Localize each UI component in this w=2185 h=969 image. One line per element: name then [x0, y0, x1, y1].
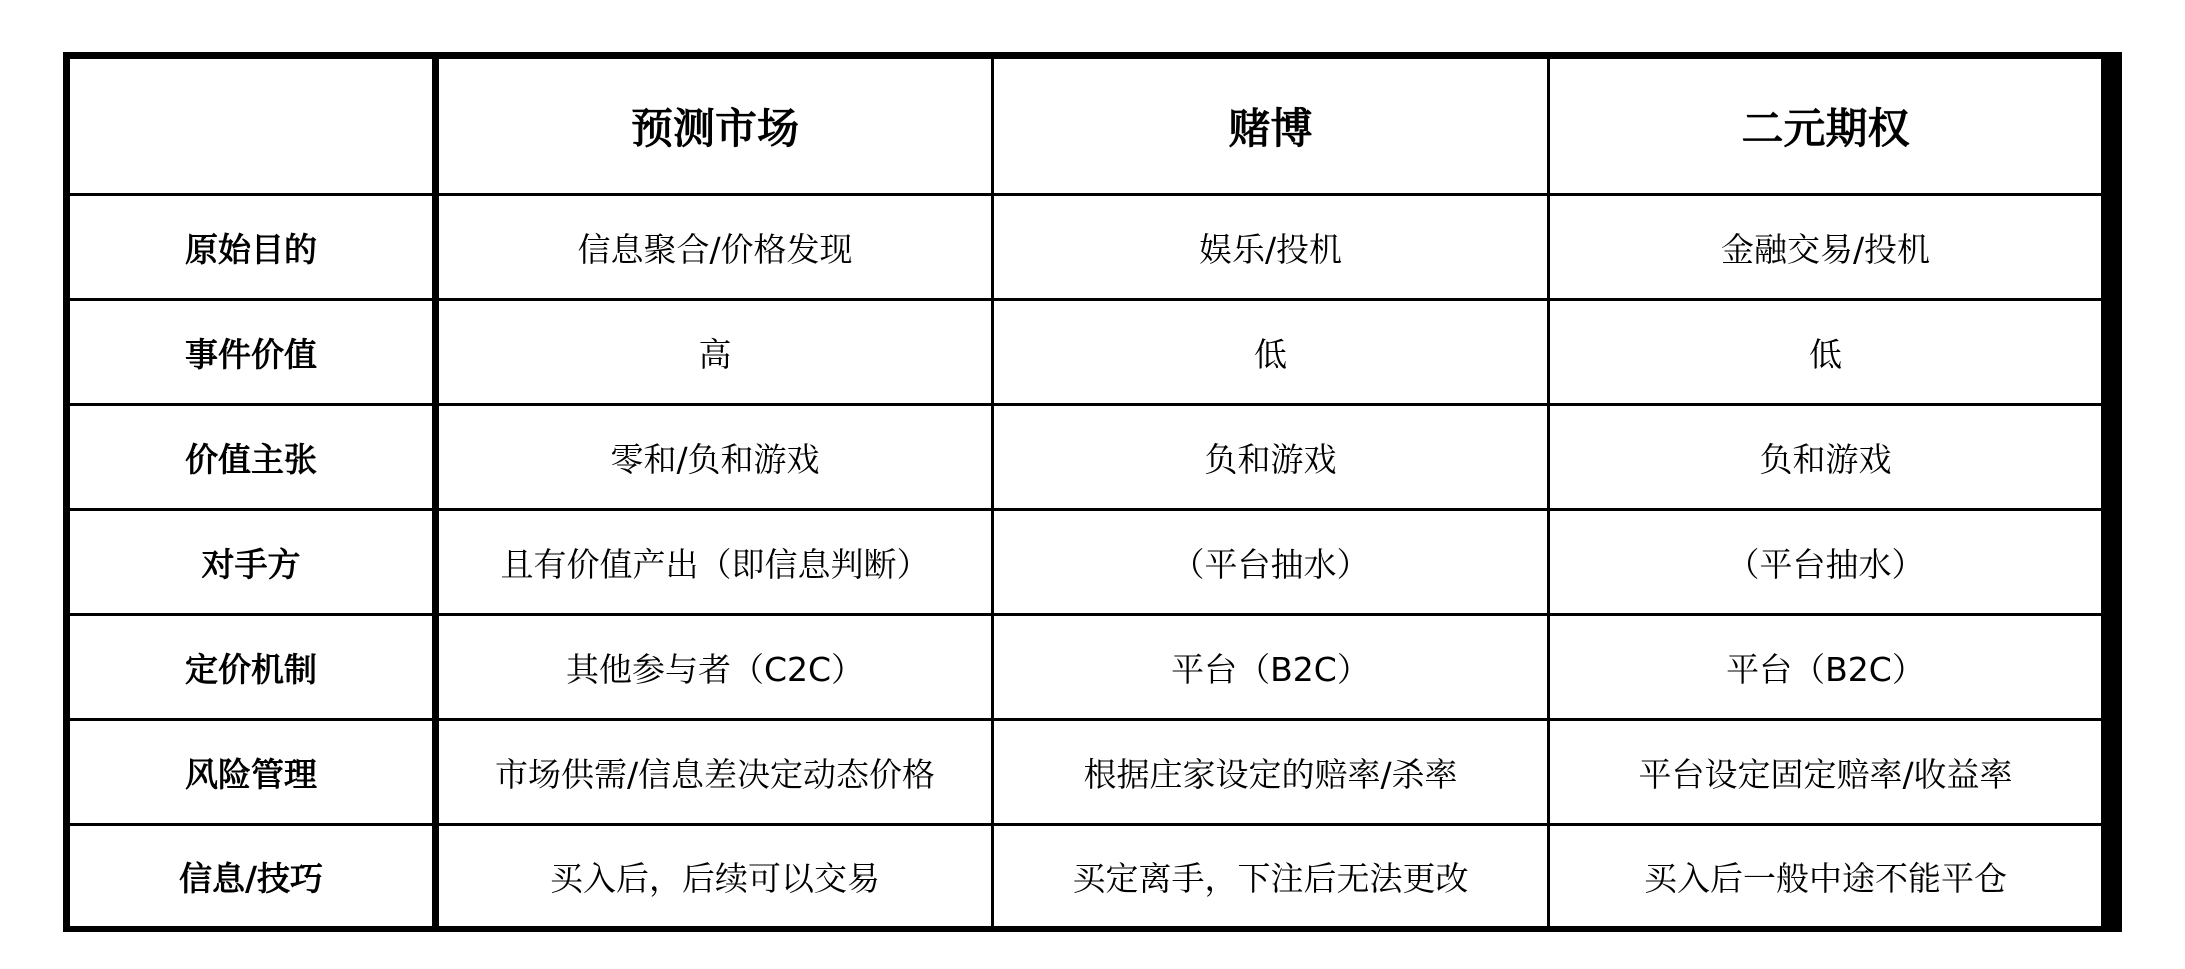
- table-cell: 低: [1550, 301, 2101, 403]
- row-label-value-proposition: 价值主张: [70, 406, 432, 508]
- table-cell: 高: [439, 301, 991, 403]
- header-corner-cell: [70, 59, 432, 193]
- table-cell: 平台设定固定赔率/收益率: [1550, 721, 2101, 823]
- comparison-table: 预测市场 赌博 二元期权 原始目的 信息聚合/价格发现 娱乐/投机 金融交易/投…: [63, 52, 2122, 932]
- table-cell: 买定离手，下注后无法更改: [994, 826, 1547, 926]
- row-label-pricing-mechanism: 定价机制: [70, 616, 432, 718]
- row-label-information-skill: 信息/技巧: [70, 826, 432, 926]
- table-cell: 买入后，后续可以交易: [439, 826, 991, 926]
- table-cell: 零和/负和游戏: [439, 406, 991, 508]
- table-cell: 买入后一般中途不能平仓: [1550, 826, 2101, 926]
- table-cell: 平台（B2C）: [994, 616, 1547, 718]
- table-cell: 信息聚合/价格发现: [439, 196, 991, 298]
- row-label-counterparty: 对手方: [70, 511, 432, 613]
- table-cell: 金融交易/投机: [1550, 196, 2101, 298]
- table-cell: 且有价值产出（即信息判断）: [439, 511, 991, 613]
- column-header-gambling: 赌博: [994, 59, 1547, 193]
- row-label-original-purpose: 原始目的: [70, 196, 432, 298]
- row-label-risk-management: 风险管理: [70, 721, 432, 823]
- table-cell: （平台抽水）: [994, 511, 1547, 613]
- table-cell: 负和游戏: [1550, 406, 2101, 508]
- table-cell: 根据庄家设定的赔率/杀率: [994, 721, 1547, 823]
- table-cell: 负和游戏: [994, 406, 1547, 508]
- table-cell: （平台抽水）: [1550, 511, 2101, 613]
- table-cell: 市场供需/信息差决定动态价格: [439, 721, 991, 823]
- table-cell: 其他参与者（C2C）: [439, 616, 991, 718]
- table-cell: 低: [994, 301, 1547, 403]
- column-header-prediction-market: 预测市场: [439, 59, 991, 193]
- table-cell: 平台（B2C）: [1550, 616, 2101, 718]
- table-cell: 娱乐/投机: [994, 196, 1547, 298]
- row-label-event-value: 事件价值: [70, 301, 432, 403]
- column-header-binary-options: 二元期权: [1550, 59, 2101, 193]
